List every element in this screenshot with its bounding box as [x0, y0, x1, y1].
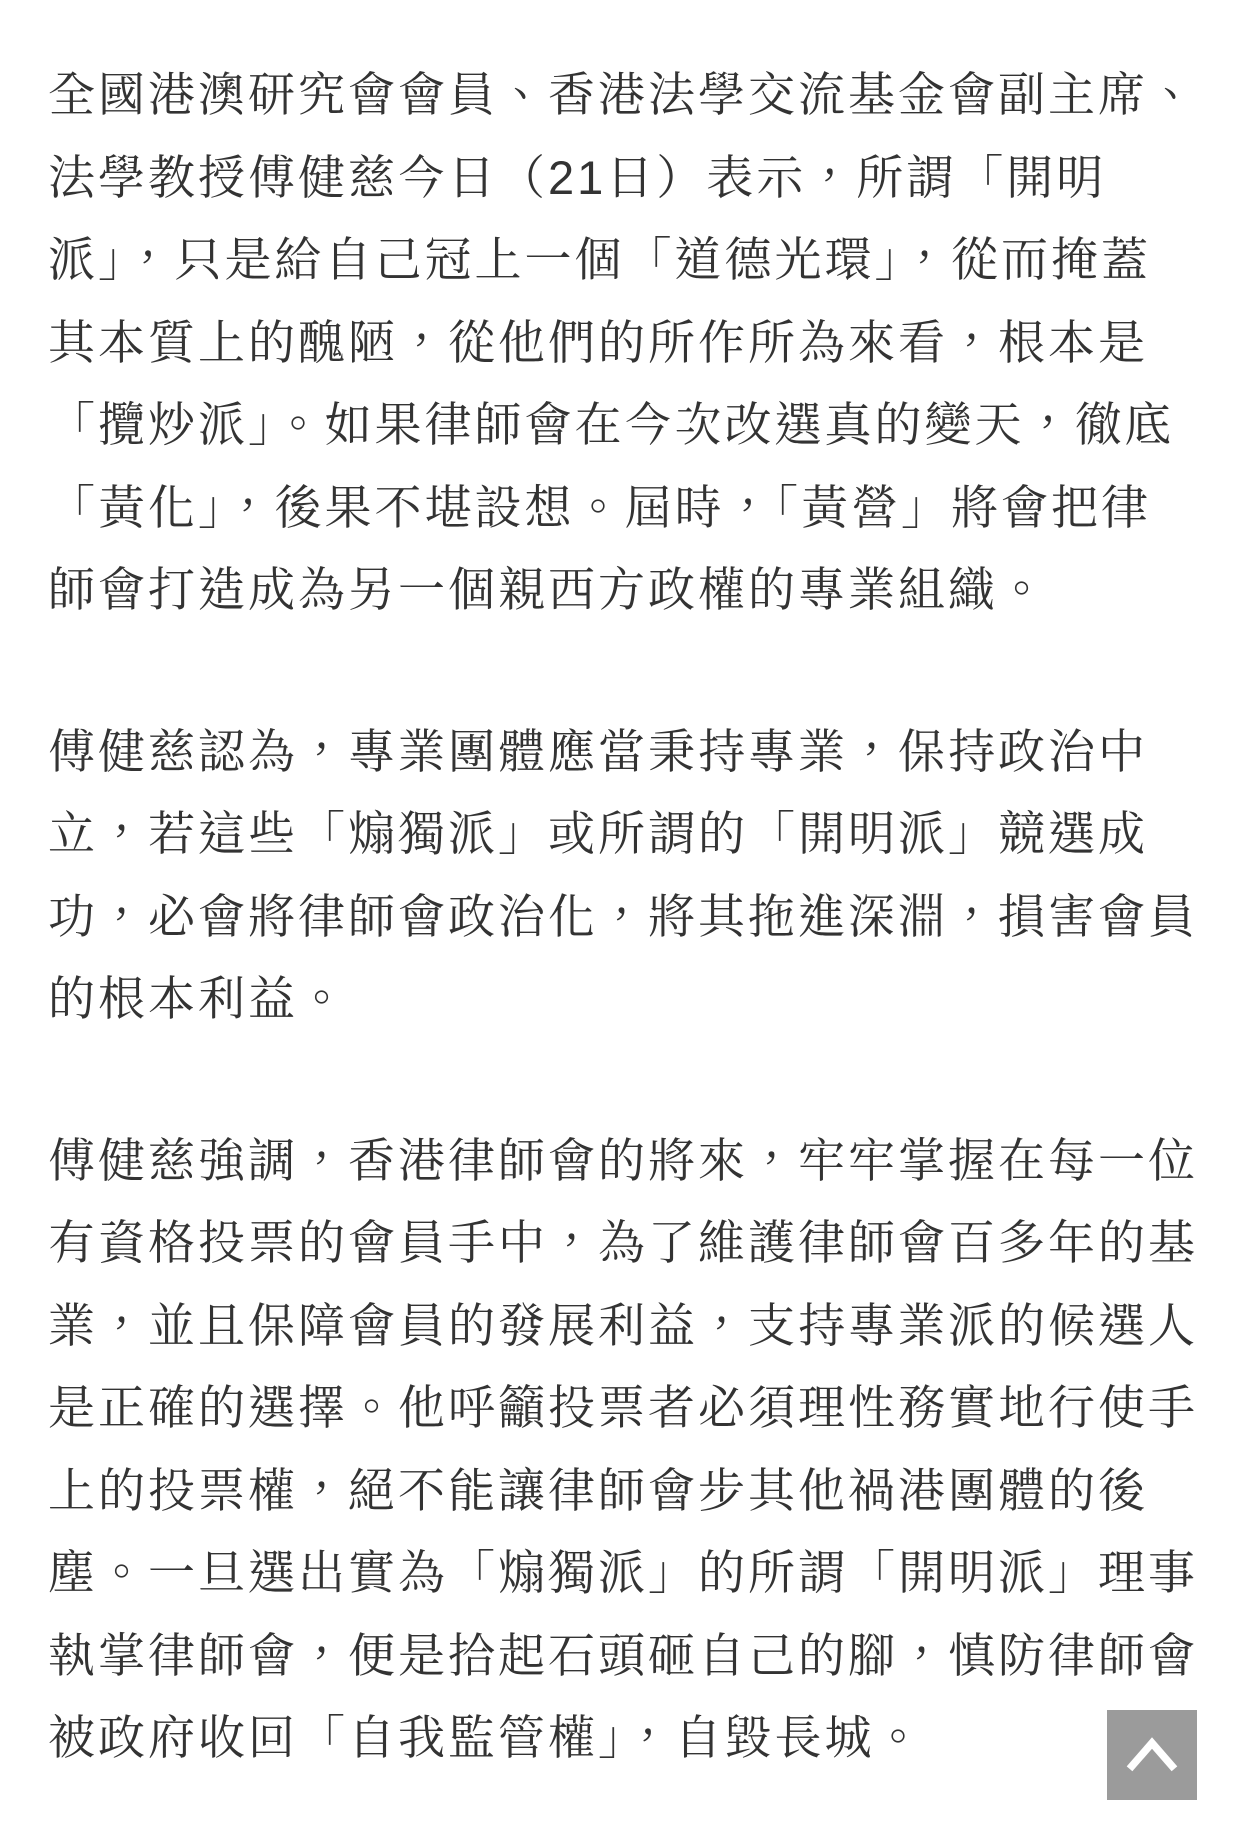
paragraph: 全國港澳研究會會員、香港法學交流基金會副主席、 法學教授傅健慈今日（21日）表示… [48, 54, 1200, 632]
article-page: { "page": { "background": "#ffffff", "te… [0, 0, 1242, 1825]
paragraph: 傅健慈認為，專業團體應當秉持專業，保持政治中 立，若這些「煽獨派」或所謂的「開明… [48, 711, 1200, 1041]
chevron-up-icon [1107, 1710, 1197, 1800]
paragraph: 傅健慈強調，香港律師會的將來，牢牢掌握在每一位 有資格投票的會員手中，為了維護律… [48, 1120, 1200, 1780]
back-to-top-button[interactable] [1107, 1710, 1197, 1800]
article-body: 全國港澳研究會會員、香港法學交流基金會副主席、 法學教授傅健慈今日（21日）表示… [0, 0, 1242, 1780]
